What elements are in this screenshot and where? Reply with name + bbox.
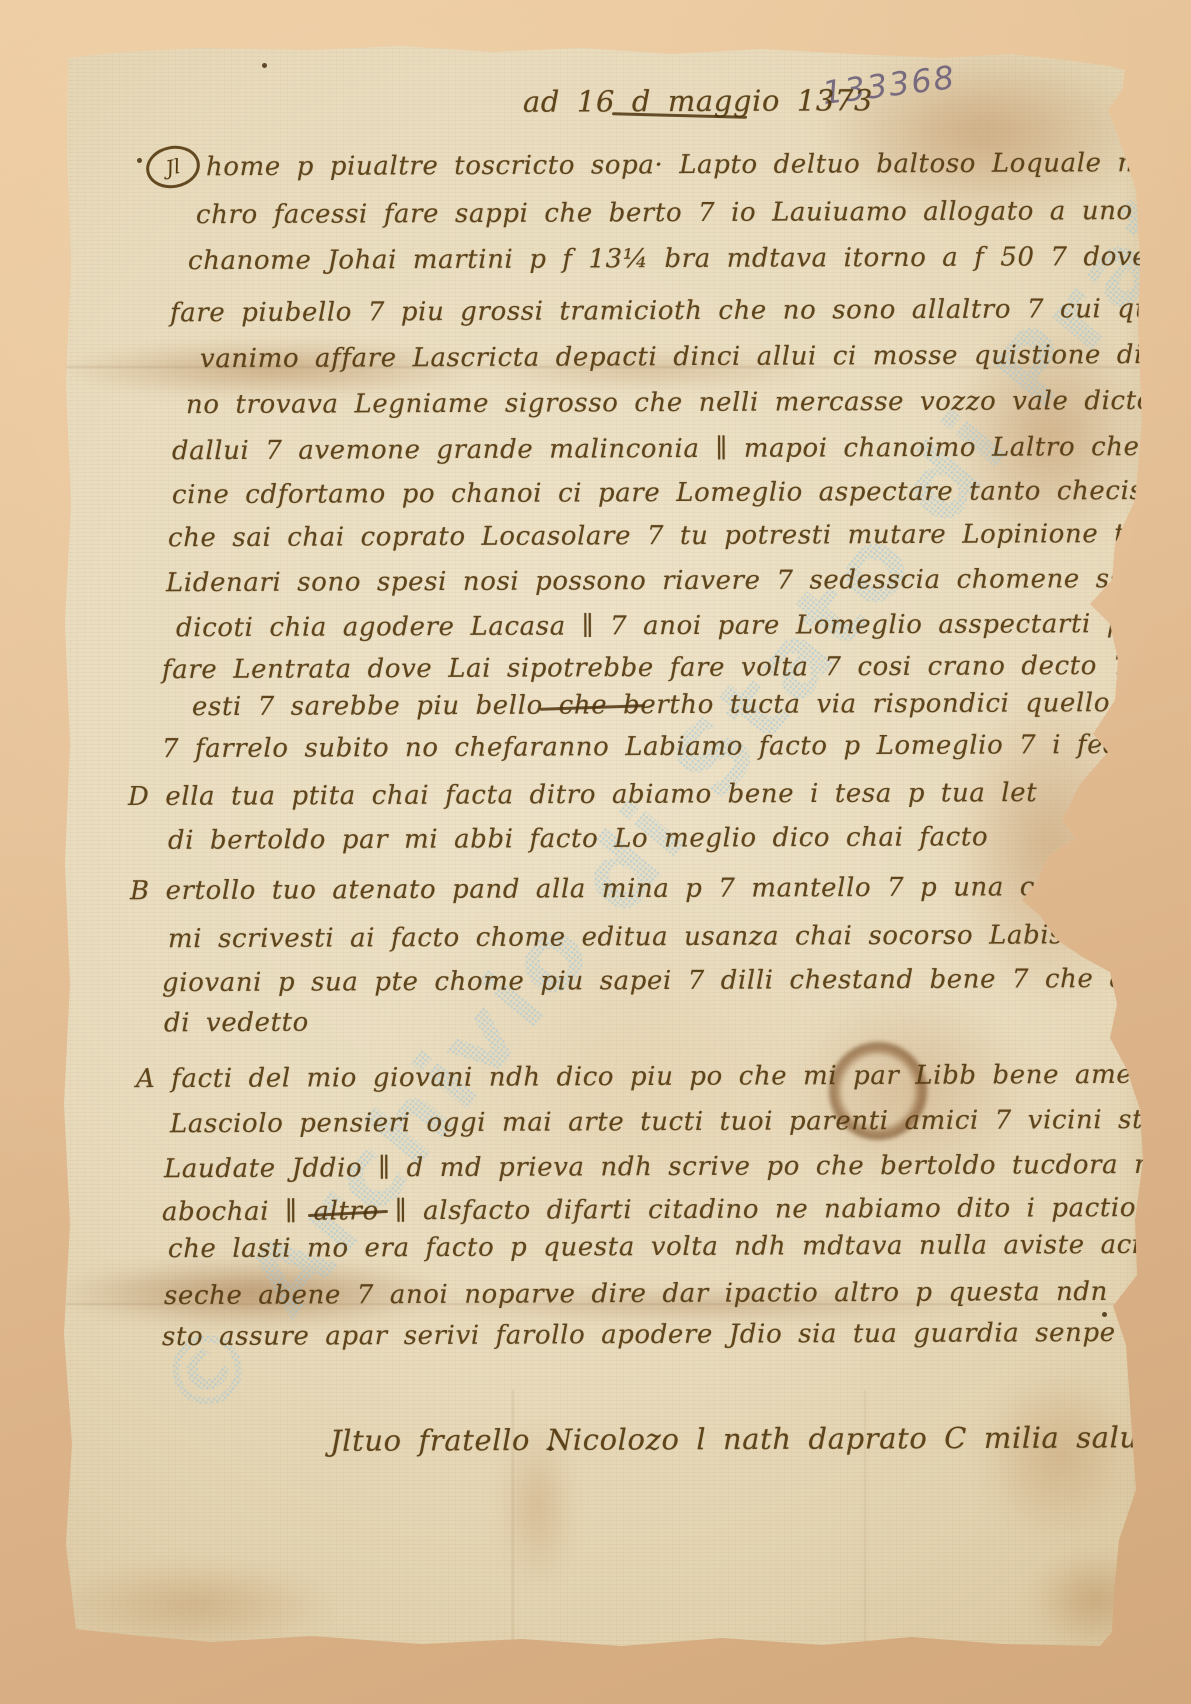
scan-background: © Archivio di Stato di Prato Jl 133368 a… (0, 0, 1191, 1704)
manuscript-line: vanimo affare Lascricta depacti dinci al… (200, 340, 1183, 374)
manuscript-line: giovani p sua pte chome piu sapei 7 dill… (162, 964, 1159, 998)
manuscript-line: D ella tua ptita chai facta ditro abiamo… (128, 778, 1037, 812)
manuscript-line: dicoti chia agodere Lacasa ∥ 7 anoi pare… (176, 609, 1189, 643)
manuscript-line: cine cdfortamo po chanoi ci pare Lomegli… (172, 476, 1191, 510)
manuscript-line: che lasti mo era facto p questa volta nd… (168, 1230, 1157, 1264)
manuscript-line: che sai chai coprato Locasolare 7 tu pot… (168, 519, 1191, 553)
manuscript-line: di bertoldo par mi abbi facto Lo meglio … (168, 822, 988, 856)
manuscript-line: mi scrivesti ai facto chome editua usanz… (168, 920, 1191, 954)
ink-speck (262, 63, 267, 68)
manuscript-line: dallui 7 avemone grande malinconia ∥ map… (172, 432, 1191, 467)
manuscript-line: Jltuo fratello Nicolozo l nath daprato C… (330, 1420, 1169, 1458)
ink-speck (1102, 1312, 1107, 1317)
manuscript-line: A facti del mio giovani ndh dico piu po … (136, 1060, 1132, 1094)
manuscript-line: 7 farrelo subito no chefaranno Labiamo f… (162, 730, 1137, 764)
manuscript-line: no trovava Legniame sigrosso che nelli m… (186, 386, 1153, 420)
manuscript-line: fare Lentrata dove Lai sipotrebbe fare v… (162, 651, 1130, 685)
manuscript-line: Lidenari sono spesi nosi possono riavere… (166, 564, 1191, 598)
letter-paper: © Archivio di Stato di Prato Jl 133368 a… (62, 44, 1148, 1648)
manuscript-line: fare piubello 7 piu grossi tramicioth ch… (170, 294, 1191, 329)
manuscript-line: home p piualtre toscricto sopa· Lapto de… (206, 148, 1191, 182)
manuscript-line: chanome Johai martini p f 13¼ bra mdtava… (188, 242, 1148, 276)
manuscript-line: Laudate Jddio ∥ d md prieva ndh scrive p… (164, 1150, 1185, 1184)
manuscript-line: sto assure apar serivi farollo apodere J… (162, 1318, 1116, 1352)
manuscript-line: Lasciolo pensieri oggi mai arte tucti tu… (170, 1105, 1191, 1139)
ink-speck (548, 1446, 553, 1451)
manuscript-line: chro facessi fare sappi che berto 7 io L… (196, 196, 1190, 230)
manuscript-line: abochai ∥ altro ∥ alsfacto difarti citad… (162, 1193, 1185, 1227)
paper-decoration-layer: © Archivio di Stato di Prato Jl 133368 a… (0, 0, 1191, 1704)
manuscript-line: di vedetto (164, 1008, 309, 1039)
manuscript-line: ad 16 d maggio 1373 (523, 83, 873, 119)
manuscript-line: B ertollo tuo atenato pand alla mina p 7… (130, 872, 1140, 906)
manuscript-line: seche abene 7 anoi noparve dire dar ipac… (164, 1277, 1108, 1311)
ink-speck (137, 158, 142, 163)
manuscript-line: esti 7 sarebbe piu bello che bertho tuct… (192, 688, 1184, 722)
